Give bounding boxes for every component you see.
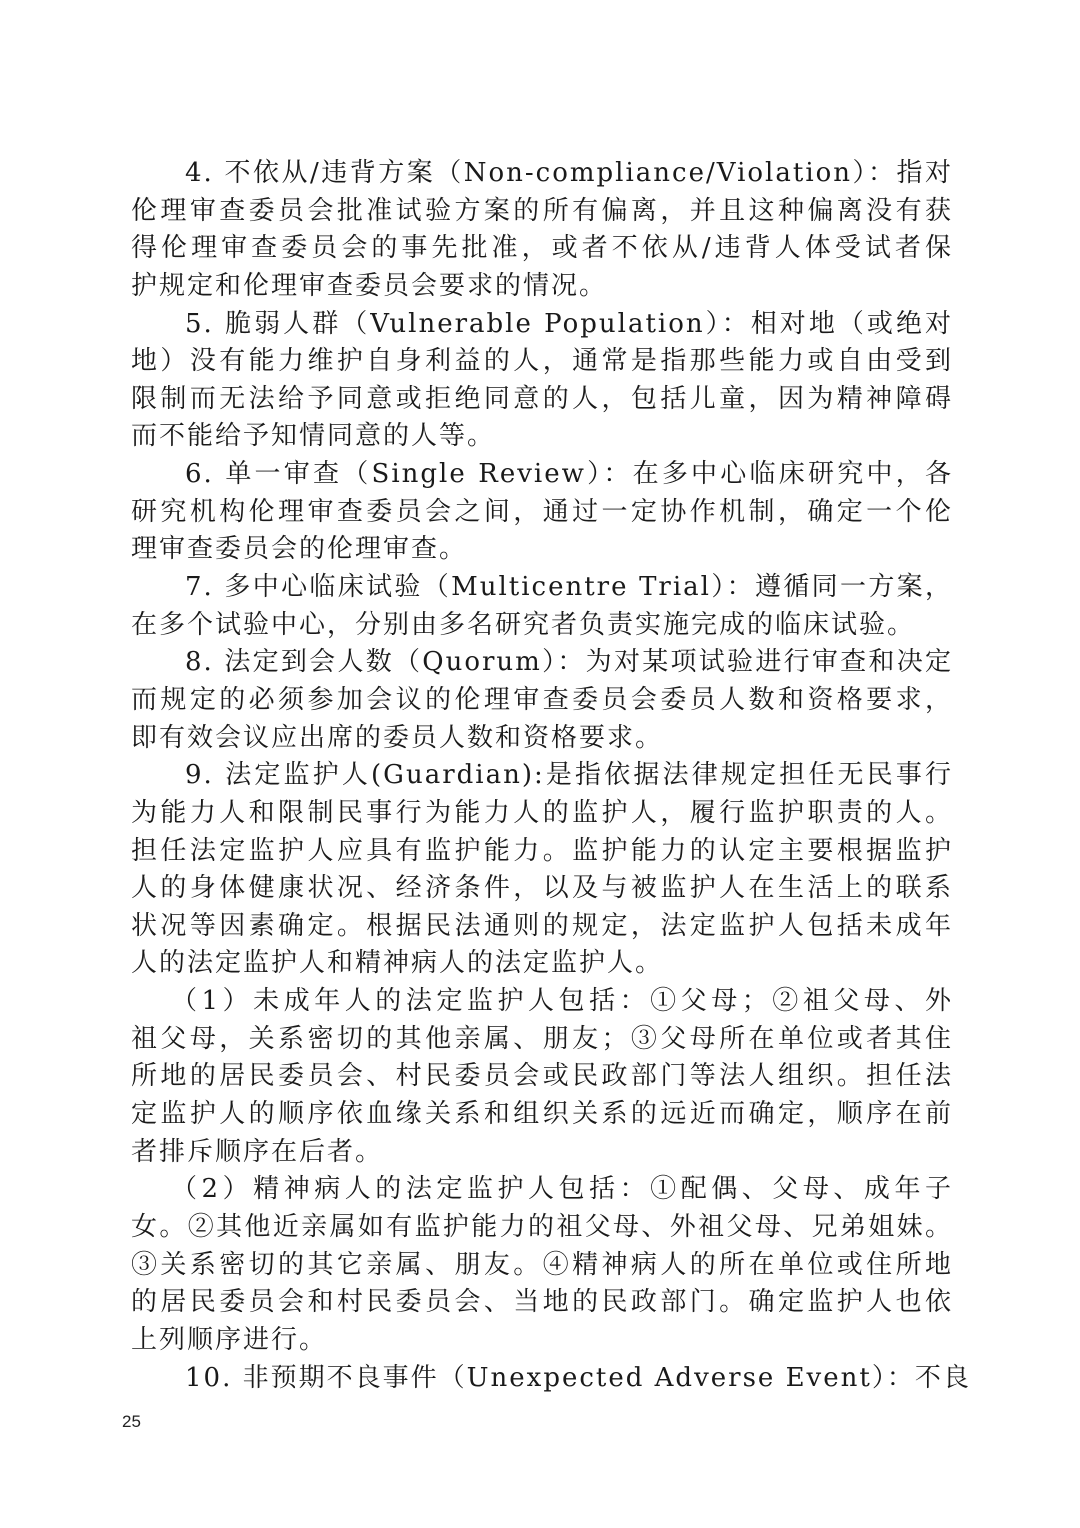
text-line: 7. 多中心临床试验（Multicentre Trial）：遵循同一方案，: [131, 569, 953, 607]
text-line: 8. 法定到会人数（Quorum）：为对某项试验进行审查和决定: [131, 644, 953, 682]
text-line: 人的身体健康状况、经济条件，以及与被监护人在生活上的联系: [131, 870, 953, 908]
paragraph-guardian-mental-illness: （2）精神病人的法定监护人包括：①配偶、父母、成年子 女。②其他近亲属如有监护能…: [131, 1171, 953, 1359]
text-line: 人的法定监护人和精神病人的法定监护人。: [131, 945, 953, 983]
text-line: 地）没有能力维护自身利益的人，通常是指那些能力或自由受到: [131, 343, 953, 381]
text-line: （2）精神病人的法定监护人包括：①配偶、父母、成年子: [131, 1171, 953, 1209]
text-line: 6. 单一审查（Single Review）：在多中心临床研究中，各: [131, 456, 953, 494]
text-line: 者排斥顺序在后者。: [131, 1134, 953, 1172]
text-line: 状况等因素确定。根据民法通则的规定，法定监护人包括未成年: [131, 908, 953, 946]
text-line: 得伦理审查委员会的事先批准，或者不依从/违背人体受试者保: [131, 230, 953, 268]
paragraph-guardian: 9. 法定监护人(Guardian):是指依据法律规定担任无民事行 为能力人和限…: [131, 757, 953, 983]
text-line: 女。②其他近亲属如有监护能力的祖父母、外祖父母、兄弟姐妹。: [131, 1209, 953, 1247]
text-line: （1）未成年人的法定监护人包括：①父母；②祖父母、外: [131, 983, 953, 1021]
paragraph-guardian-minors: （1）未成年人的法定监护人包括：①父母；②祖父母、外 祖父母，关系密切的其他亲属…: [131, 983, 953, 1171]
paragraph-single-review: 6. 单一审查（Single Review）：在多中心临床研究中，各 研究机构伦…: [131, 456, 953, 569]
text-line: 10. 非预期不良事件（Unexpected Adverse Event）：不良: [131, 1360, 953, 1398]
text-line: 定监护人的顺序依血缘关系和组织关系的远近而确定，顺序在前: [131, 1096, 953, 1134]
paragraph-quorum: 8. 法定到会人数（Quorum）：为对某项试验进行审查和决定 而规定的必须参加…: [131, 644, 953, 757]
document-body: 4. 不依从/违背方案（Non-compliance/Violation）：指对…: [131, 155, 953, 1397]
text-line: 研究机构伦理审查委员会之间，通过一定协作机制，确定一个伦: [131, 494, 953, 532]
text-line: 限制而无法给予同意或拒绝同意的人，包括儿童，因为精神障碍: [131, 381, 953, 419]
text-line: 9. 法定监护人(Guardian):是指依据法律规定担任无民事行: [131, 757, 953, 795]
text-line: 护规定和伦理审查委员会要求的情况。: [131, 268, 953, 306]
text-line: 在多个试验中心，分别由多名研究者负责实施完成的临床试验。: [131, 607, 953, 645]
text-line: 5. 脆弱人群（Vulnerable Population）：相对地（或绝对: [131, 306, 953, 344]
text-line: ③关系密切的其它亲属、朋友。④精神病人的所在单位或住所地: [131, 1247, 953, 1285]
text-line: 而规定的必须参加会议的伦理审查委员会委员人数和资格要求，: [131, 682, 953, 720]
text-line: 祖父母，关系密切的其他亲属、朋友；③父母所在单位或者其住: [131, 1021, 953, 1059]
page-number: 25: [122, 1412, 141, 1432]
text-line: 4. 不依从/违背方案（Non-compliance/Violation）：指对: [131, 155, 953, 193]
text-line: 理审查委员会的伦理审查。: [131, 531, 953, 569]
document-page: 4. 不依从/违背方案（Non-compliance/Violation）：指对…: [0, 0, 1080, 1528]
text-line: 上列顺序进行。: [131, 1322, 953, 1360]
paragraph-unexpected-adverse-event: 10. 非预期不良事件（Unexpected Adverse Event）：不良: [131, 1360, 953, 1398]
text-line: 担任法定监护人应具有监护能力。监护能力的认定主要根据监护: [131, 833, 953, 871]
text-line: 即有效会议应出席的委员人数和资格要求。: [131, 720, 953, 758]
paragraph-multicentre-trial: 7. 多中心临床试验（Multicentre Trial）：遵循同一方案， 在多…: [131, 569, 953, 644]
text-line: 而不能给予知情同意的人等。: [131, 418, 953, 456]
text-line: 为能力人和限制民事行为能力人的监护人，履行监护职责的人。: [131, 795, 953, 833]
text-line: 所地的居民委员会、村民委员会或民政部门等法人组织。担任法: [131, 1058, 953, 1096]
paragraph-non-compliance: 4. 不依从/违背方案（Non-compliance/Violation）：指对…: [131, 155, 953, 306]
paragraph-vulnerable-population: 5. 脆弱人群（Vulnerable Population）：相对地（或绝对 地…: [131, 306, 953, 457]
text-line: 伦理审查委员会批准试验方案的所有偏离，并且这种偏离没有获: [131, 193, 953, 231]
text-line: 的居民委员会和村民委员会、当地的民政部门。确定监护人也依: [131, 1284, 953, 1322]
